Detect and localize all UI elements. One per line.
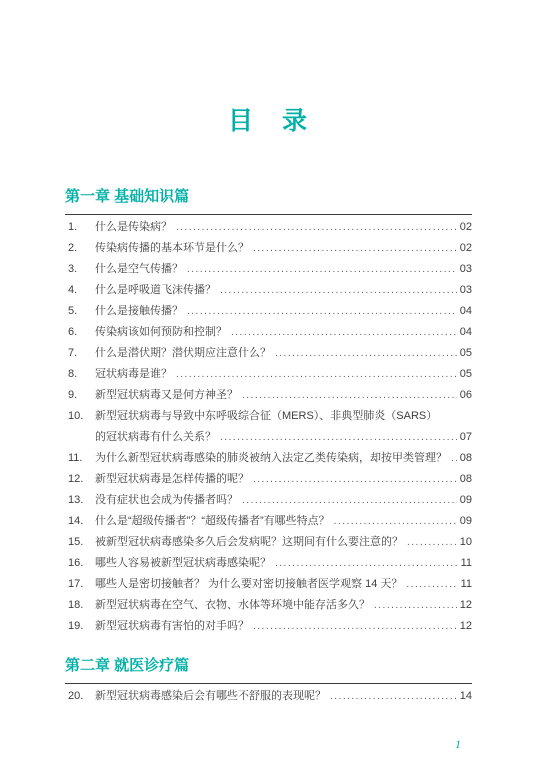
item-page-number: 03 bbox=[460, 259, 472, 280]
toc-entry: 15. 被新型冠状病毒感染多久后会发病呢？这期间有什么要注意的？ 10 bbox=[65, 532, 472, 553]
toc-section: 第二章 就医诊疗篇 20. 新型冠状病毒感染后会有哪些不舒服的表现呢？ 14 bbox=[65, 657, 472, 707]
item-page-number: 06 bbox=[460, 385, 472, 406]
item-page-number: 11 bbox=[461, 574, 472, 595]
item-page-number: 08 bbox=[460, 469, 472, 490]
toc-entry: 的冠状病毒有什么关系？ 07 bbox=[65, 427, 472, 448]
item-text: 的冠状病毒有什么关系？ bbox=[95, 427, 216, 448]
item-text: 新型冠状病毒感染后会有哪些不舒服的表现呢？ bbox=[95, 686, 326, 707]
item-number: 14. bbox=[65, 511, 95, 532]
section-divider bbox=[65, 683, 472, 684]
item-page-number: 12 bbox=[460, 616, 472, 637]
dot-leader bbox=[330, 686, 457, 707]
toc-entry: 7. 什么是潜伏期？潜伏期应注意什么？ 05 bbox=[65, 343, 472, 364]
toc-entry: 12. 新型冠状病毒是怎样传播的呢？ 08 bbox=[65, 469, 472, 490]
toc-sections: 第一章 基础知识篇 1. 什么是传染病？ 02 2. 传染病传播的基本环节是什么… bbox=[65, 188, 472, 707]
toc-entry: 19. 新型冠状病毒有害怕的对手吗？ 12 bbox=[65, 616, 472, 637]
toc-entry: 8. 冠状病毒是谁？ 05 bbox=[65, 364, 472, 385]
item-page-number: 07 bbox=[460, 427, 472, 448]
dot-leader bbox=[220, 427, 457, 448]
item-text: 什么是潜伏期？潜伏期应注意什么？ bbox=[95, 343, 271, 364]
item-page-number: 02 bbox=[460, 217, 472, 238]
item-page-number: 09 bbox=[460, 511, 472, 532]
item-text: 为什么新型冠状病毒感染的肺炎被纳入法定乙类传染病，却按甲类管理？ bbox=[95, 448, 447, 469]
item-number: 3. bbox=[65, 259, 95, 280]
toc-page-content: 目 录 第一章 基础知识篇 1. 什么是传染病？ 02 2. 传染病传播的基本环… bbox=[65, 0, 472, 707]
dot-leader bbox=[334, 511, 457, 532]
item-number: 18. bbox=[65, 595, 95, 616]
item-page-number: 03 bbox=[460, 280, 472, 301]
section-items: 1. 什么是传染病？ 02 2. 传染病传播的基本环节是什么？ 02 3. 什么… bbox=[65, 217, 472, 637]
dot-leader bbox=[275, 553, 458, 574]
toc-entry: 13. 没有症状也会成为传播者吗？ 09 bbox=[65, 490, 472, 511]
toc-entry: 16. 哪些人容易被新型冠状病毒感染呢？ 11 bbox=[65, 553, 472, 574]
dot-leader bbox=[451, 448, 457, 469]
toc-section: 第一章 基础知识篇 1. 什么是传染病？ 02 2. 传染病传播的基本环节是什么… bbox=[65, 188, 472, 637]
item-number: 16. bbox=[65, 553, 95, 574]
item-page-number: 04 bbox=[460, 322, 472, 343]
dot-leader bbox=[187, 301, 457, 322]
item-number: 15. bbox=[65, 532, 95, 553]
page-title: 目 录 bbox=[65, 106, 472, 136]
item-page-number: 02 bbox=[460, 238, 472, 259]
section-heading: 第一章 基础知识篇 bbox=[65, 188, 472, 205]
item-number: 7. bbox=[65, 343, 95, 364]
item-page-number: 10 bbox=[460, 532, 472, 553]
item-page-number: 11 bbox=[461, 553, 472, 574]
item-text: 哪些人容易被新型冠状病毒感染呢？ bbox=[95, 553, 271, 574]
item-text: 哪些人是密切接触者？ 为什么要对密切接触者医学观察 14 天？ bbox=[95, 574, 402, 595]
item-text: 新型冠状病毒是怎样传播的呢？ bbox=[95, 469, 249, 490]
item-number: 20. bbox=[65, 686, 95, 707]
item-number: 9. bbox=[65, 385, 95, 406]
item-text: 什么是呼吸道飞沫传播？ bbox=[95, 280, 216, 301]
dot-leader bbox=[187, 259, 457, 280]
item-number: 10. bbox=[65, 406, 95, 427]
toc-entry: 2. 传染病传播的基本环节是什么？ 02 bbox=[65, 238, 472, 259]
item-page-number: 05 bbox=[460, 364, 472, 385]
toc-entry: 10. 新型冠状病毒与导致中东呼吸综合征（MERS）、非典型肺炎（SARS） bbox=[65, 406, 472, 427]
item-text: 没有症状也会成为传播者吗？ bbox=[95, 490, 238, 511]
toc-entry: 20. 新型冠状病毒感染后会有哪些不舒服的表现呢？ 14 bbox=[65, 686, 472, 707]
item-text: 传染病该如何预防和控制？ bbox=[95, 322, 227, 343]
item-page-number: 05 bbox=[460, 343, 472, 364]
dot-leader bbox=[374, 595, 457, 616]
dot-leader bbox=[275, 343, 457, 364]
item-page-number: 09 bbox=[460, 490, 472, 511]
item-number: 11. bbox=[65, 448, 95, 469]
dot-leader bbox=[253, 238, 457, 259]
item-text: 什么是“超级传播者”？“超级传播者”有哪些特点？ bbox=[95, 511, 330, 532]
item-text: 传染病传播的基本环节是什么？ bbox=[95, 238, 249, 259]
dot-leader bbox=[220, 280, 457, 301]
item-number: 5. bbox=[65, 301, 95, 322]
item-number: 6. bbox=[65, 322, 95, 343]
item-page-number: 12 bbox=[460, 595, 472, 616]
dot-leader bbox=[176, 217, 457, 238]
item-number: 4. bbox=[65, 280, 95, 301]
toc-entry: 1. 什么是传染病？ 02 bbox=[65, 217, 472, 238]
folio-page-number: 1 bbox=[455, 737, 461, 751]
item-number: 2. bbox=[65, 238, 95, 259]
dot-leader bbox=[406, 574, 457, 595]
toc-entry: 17. 哪些人是密切接触者？ 为什么要对密切接触者医学观察 14 天？ 11 bbox=[65, 574, 472, 595]
item-number: 8. bbox=[65, 364, 95, 385]
item-text: 新型冠状病毒与导致中东呼吸综合征（MERS）、非典型肺炎（SARS） bbox=[95, 406, 437, 427]
section-heading: 第二章 就医诊疗篇 bbox=[65, 657, 472, 674]
dot-leader bbox=[253, 469, 457, 490]
dot-leader bbox=[242, 490, 457, 511]
toc-entry: 11. 为什么新型冠状病毒感染的肺炎被纳入法定乙类传染病，却按甲类管理？ 08 bbox=[65, 448, 472, 469]
section-items: 20. 新型冠状病毒感染后会有哪些不舒服的表现呢？ 14 bbox=[65, 686, 472, 707]
toc-entry: 4. 什么是呼吸道飞沫传播？ 03 bbox=[65, 280, 472, 301]
dot-leader bbox=[176, 364, 457, 385]
item-page-number: 14 bbox=[460, 686, 472, 707]
section-divider bbox=[65, 214, 472, 215]
item-number: 17. bbox=[65, 574, 95, 595]
item-number: 12. bbox=[65, 469, 95, 490]
dot-leader bbox=[253, 616, 457, 637]
item-text: 被新型冠状病毒感染多久后会发病呢？这期间有什么要注意的？ bbox=[95, 532, 403, 553]
item-number: 1. bbox=[65, 217, 95, 238]
toc-entry: 3. 什么是空气传播？ 03 bbox=[65, 259, 472, 280]
item-text: 什么是传染病？ bbox=[95, 217, 172, 238]
dot-leader bbox=[231, 322, 457, 343]
toc-entry: 6. 传染病该如何预防和控制？ 04 bbox=[65, 322, 472, 343]
toc-entry: 9. 新型冠状病毒又是何方神圣？ 06 bbox=[65, 385, 472, 406]
toc-entry: 14. 什么是“超级传播者”？“超级传播者”有哪些特点？ 09 bbox=[65, 511, 472, 532]
item-text: 什么是空气传播？ bbox=[95, 259, 183, 280]
dot-leader bbox=[407, 532, 457, 553]
item-text: 什么是接触传播？ bbox=[95, 301, 183, 322]
item-number: 13. bbox=[65, 490, 95, 511]
toc-entry: 18. 新型冠状病毒在空气、衣物、水体等环境中能存活多久？ 12 bbox=[65, 595, 472, 616]
item-page-number: 08 bbox=[460, 448, 472, 469]
item-page-number: 04 bbox=[460, 301, 472, 322]
item-text: 冠状病毒是谁？ bbox=[95, 364, 172, 385]
toc-entry: 5. 什么是接触传播？ 04 bbox=[65, 301, 472, 322]
item-text: 新型冠状病毒有害怕的对手吗？ bbox=[95, 616, 249, 637]
item-text: 新型冠状病毒又是何方神圣？ bbox=[95, 385, 238, 406]
dot-leader bbox=[242, 385, 457, 406]
item-text: 新型冠状病毒在空气、衣物、水体等环境中能存活多久？ bbox=[95, 595, 370, 616]
item-number: 19. bbox=[65, 616, 95, 637]
